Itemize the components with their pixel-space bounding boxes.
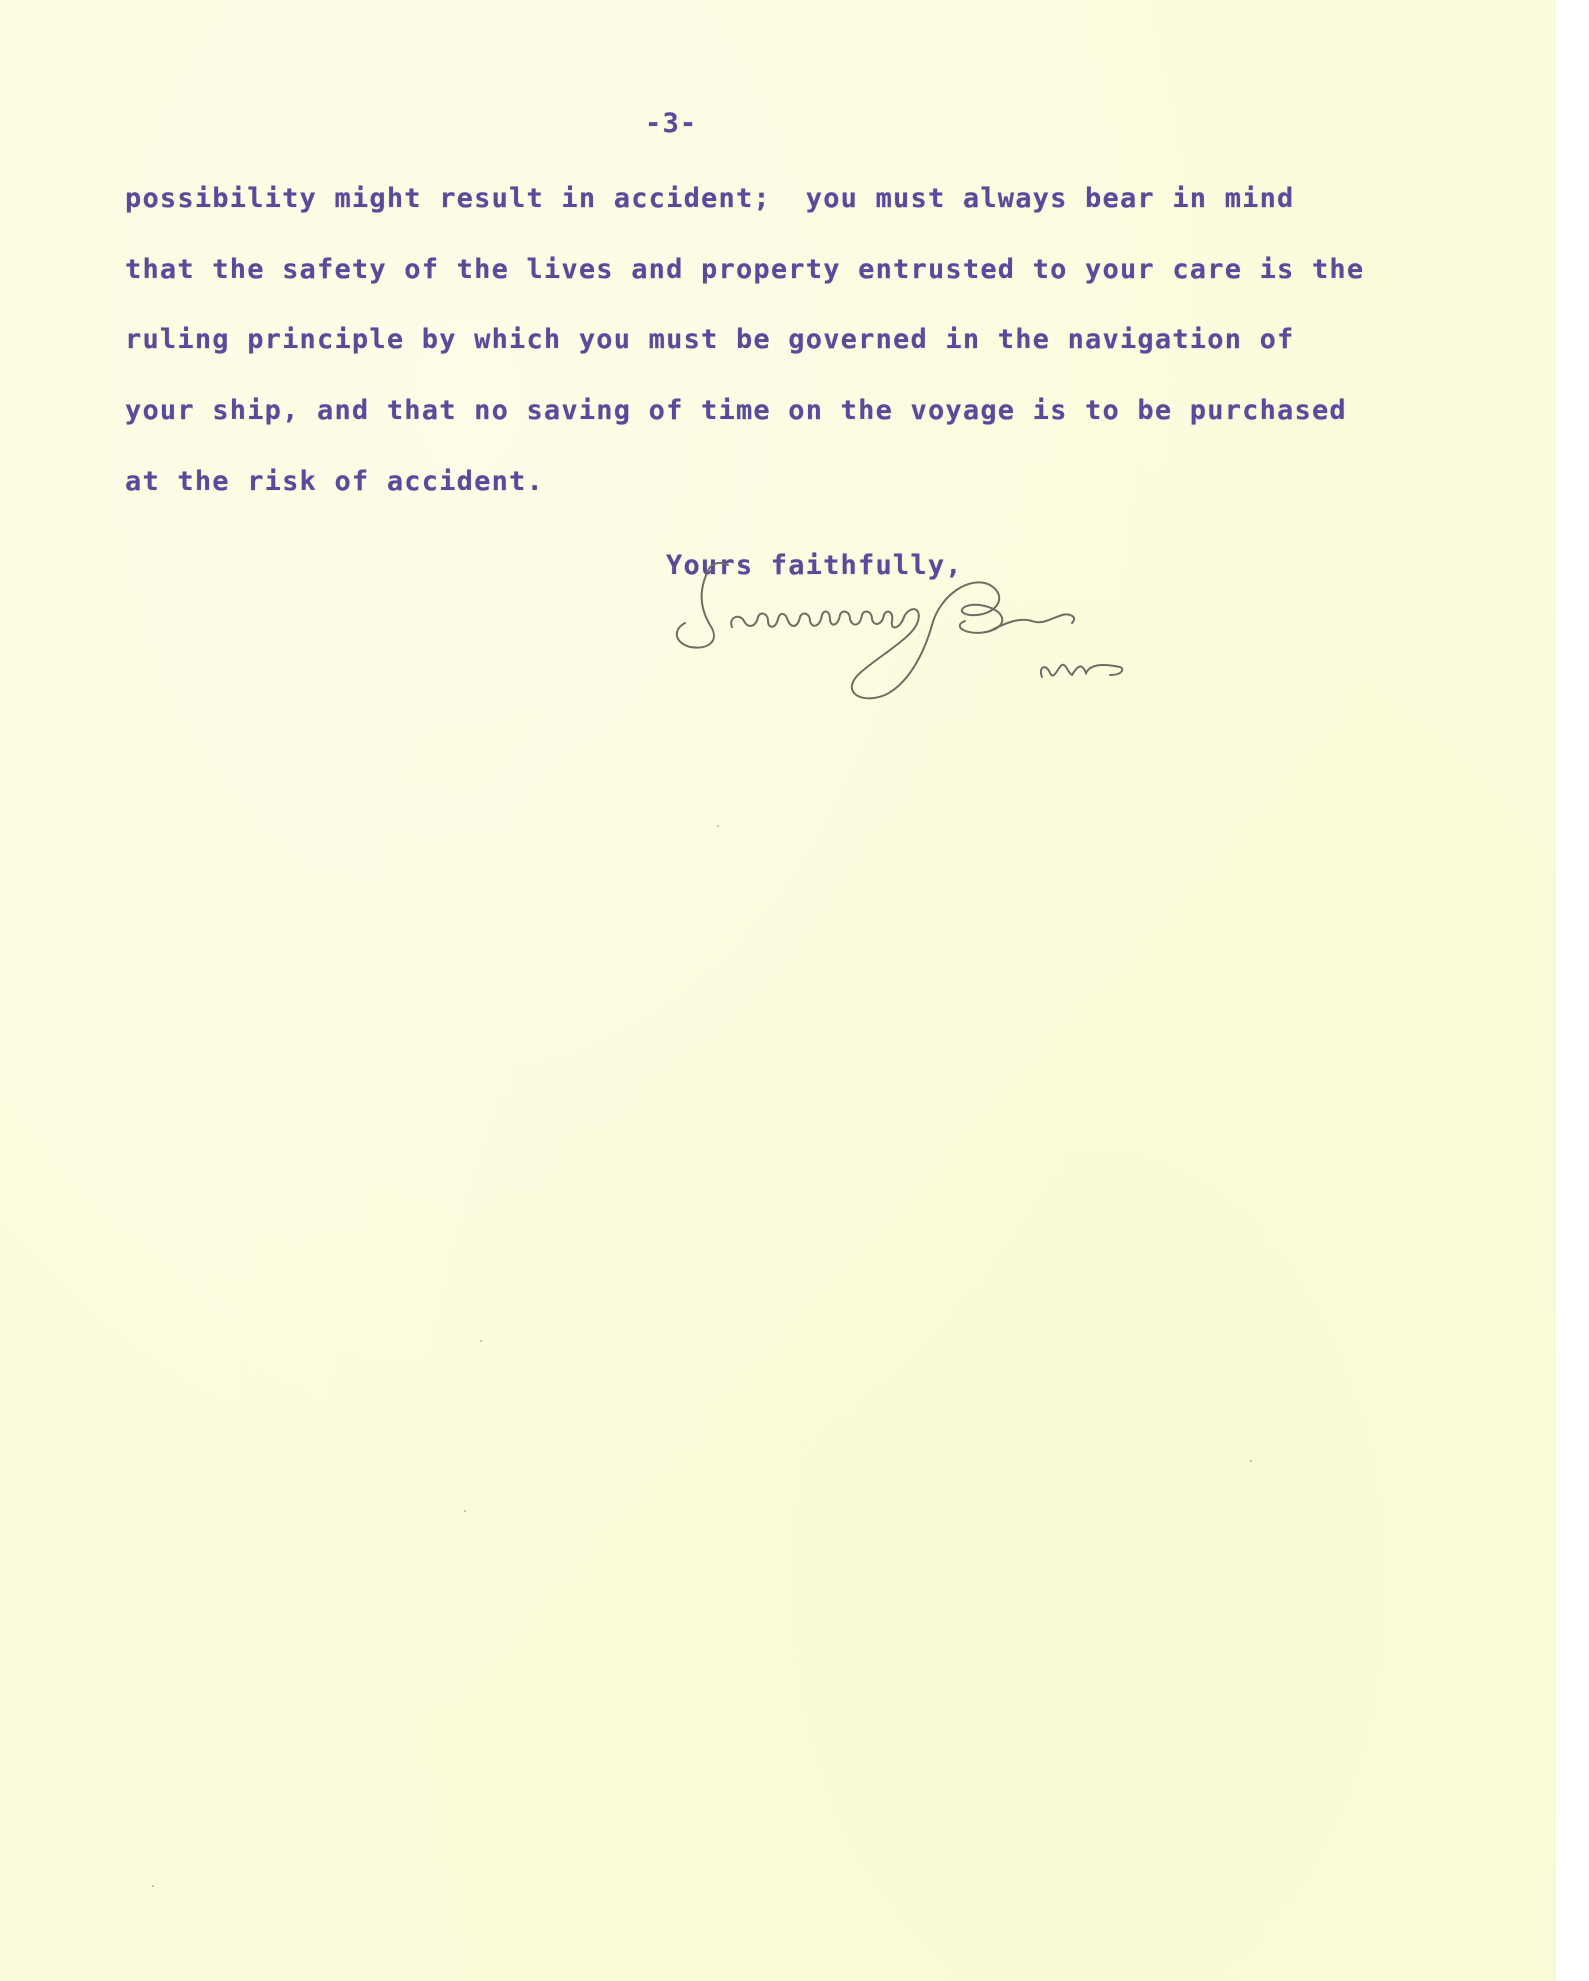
paper-page: -3- possibility might result in accident… [0, 0, 1556, 1981]
page-number: -3- [645, 110, 697, 137]
scan-margin [1556, 0, 1589, 1981]
body-line-5: at the risk of accident. [125, 468, 544, 495]
body-line-4: your ship, and that no saving of time on… [125, 397, 1347, 424]
body-line-3: ruling principle by which you must be go… [125, 326, 1295, 353]
paper-speck [152, 1885, 154, 1887]
body-line-2: that the safety of the lives and propert… [125, 256, 1364, 283]
paper-speck [480, 1340, 482, 1342]
paper-speck [464, 1510, 466, 1512]
paper-speck [1250, 1460, 1252, 1462]
handwritten-signature [670, 555, 1210, 705]
paper-speck [717, 825, 719, 827]
body-line-1: possibility might result in accident; yo… [125, 185, 1295, 212]
